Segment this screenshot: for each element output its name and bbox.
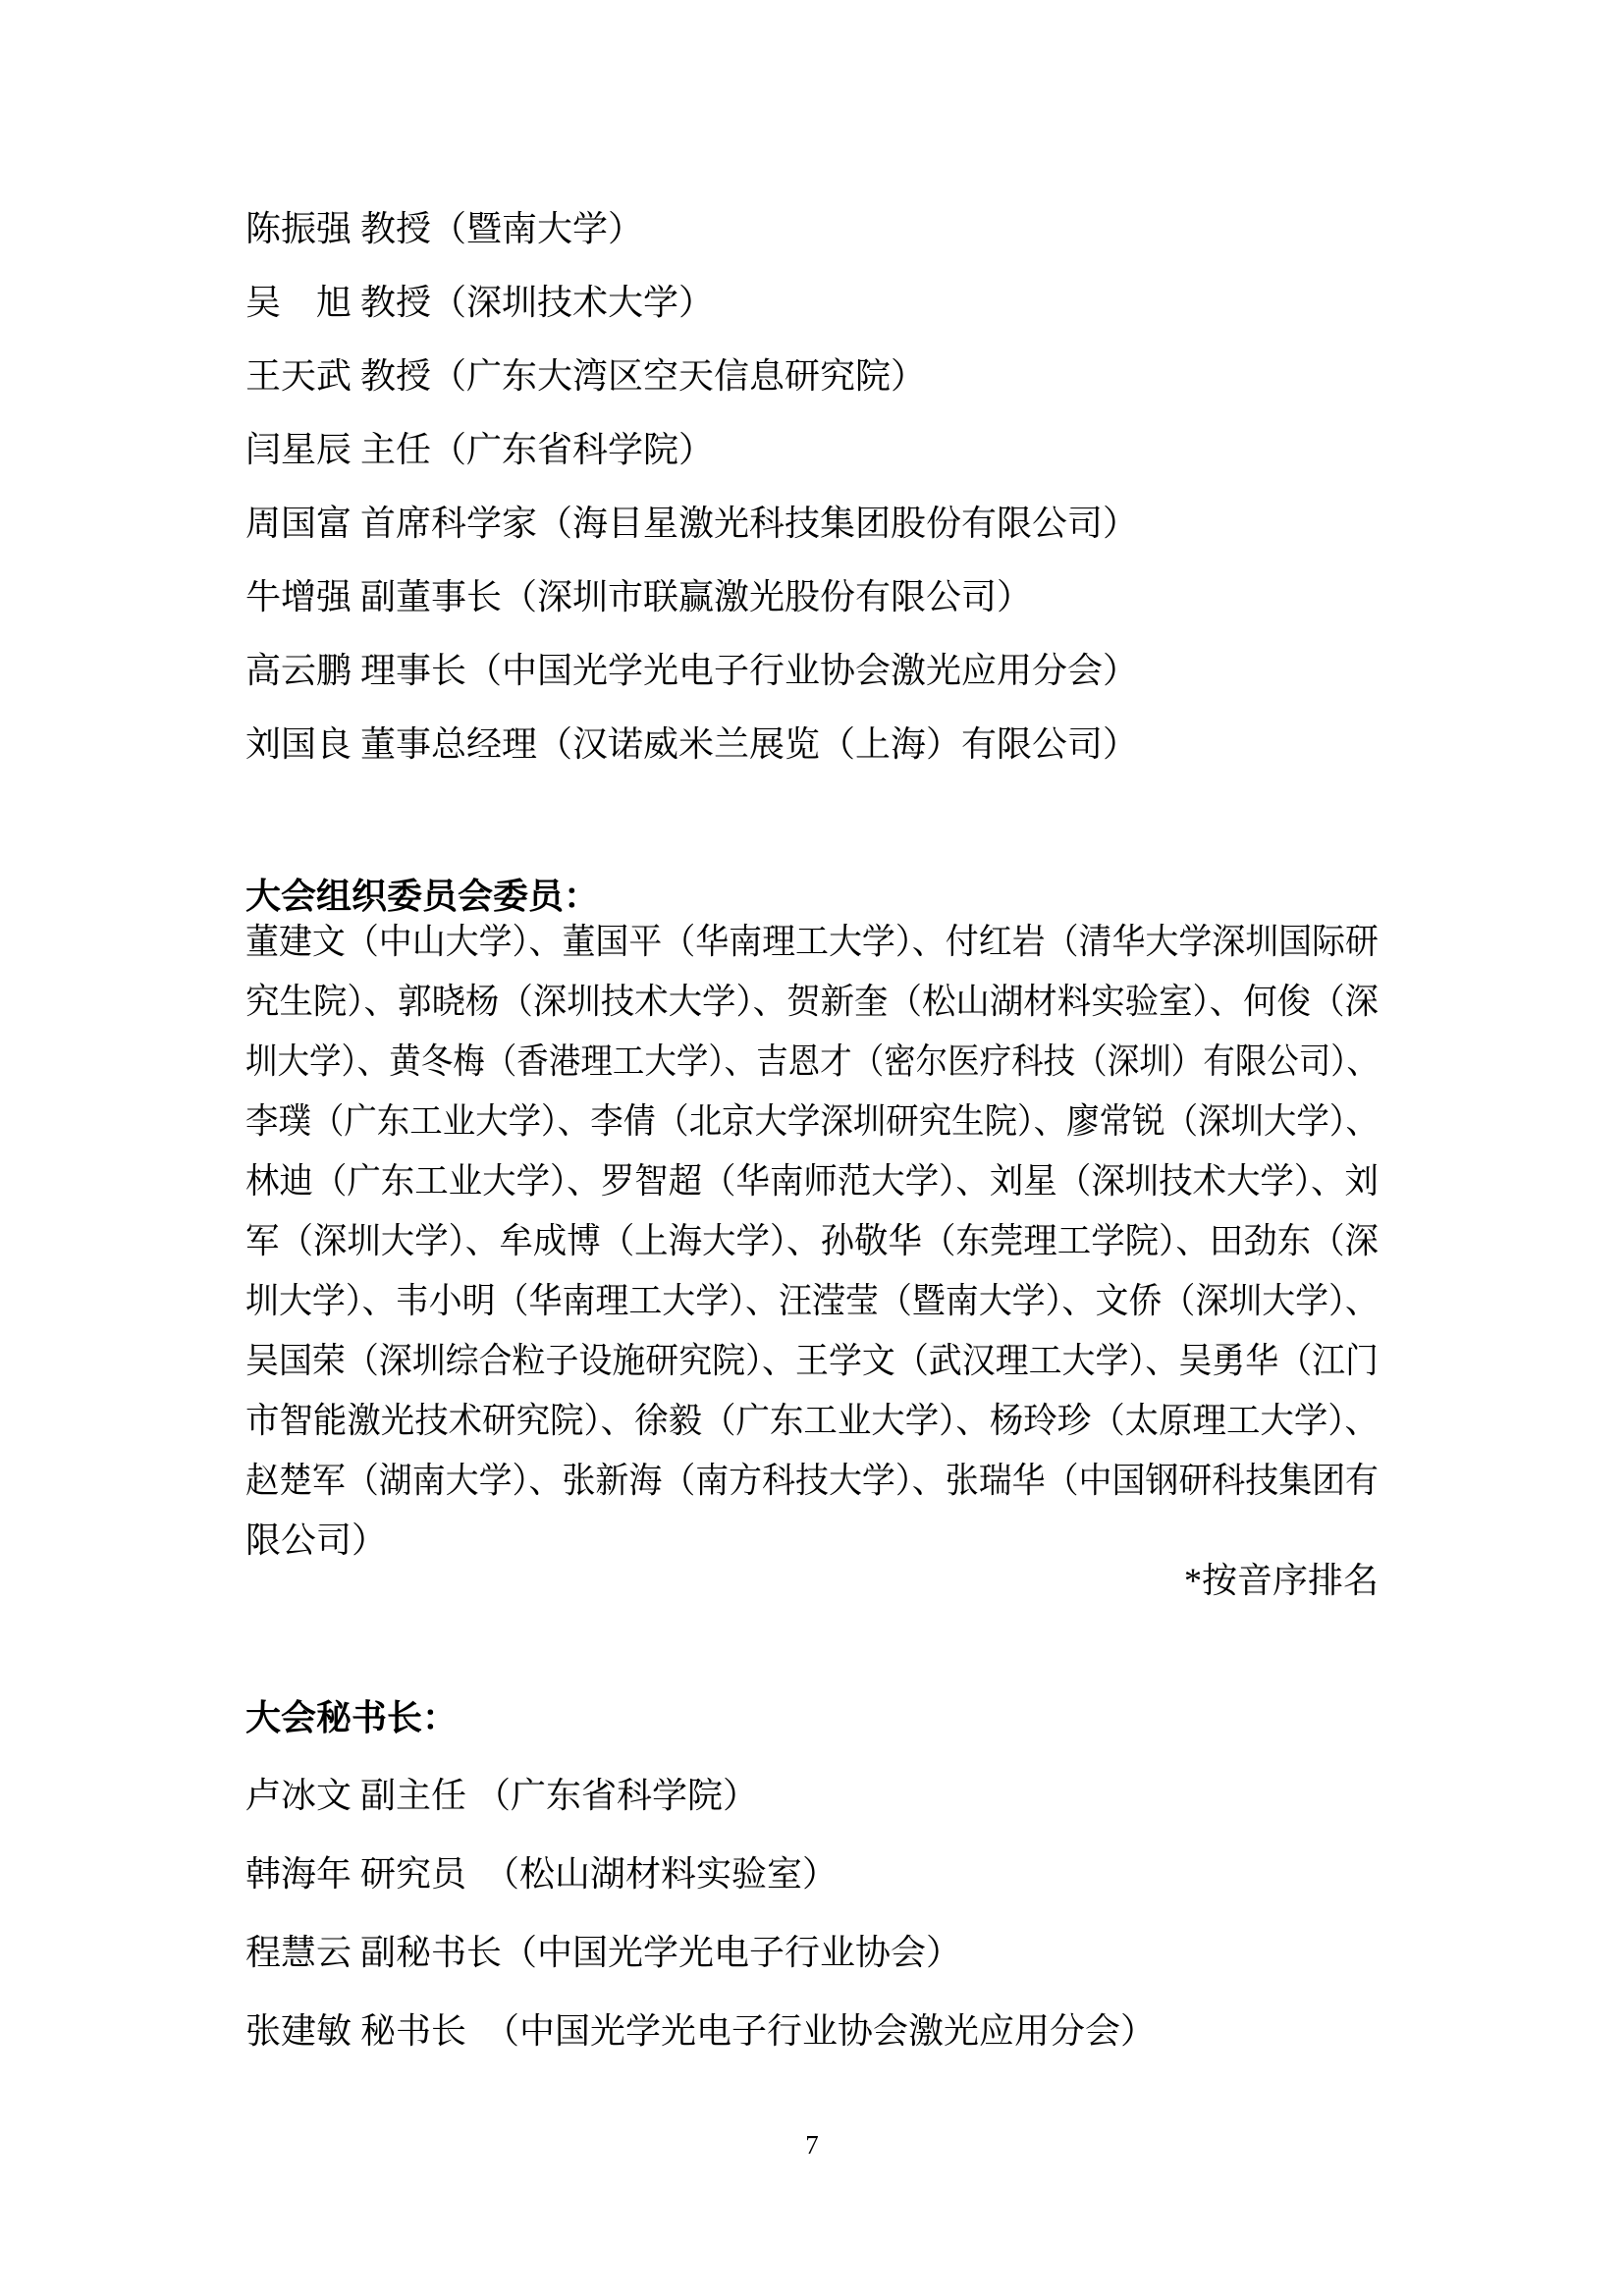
chairman-entry: 高云鹏 理事长（中国光学光电子行业协会激光应用分会） bbox=[245, 634, 1379, 708]
committee-member-line: 李璞（广东工业大学）、李倩（北京大学深圳研究生院）、廖常锐（深圳大学）、 bbox=[245, 1092, 1298, 1151]
chairman-list: 陈振强 教授（暨南大学）吴 旭 教授（深圳技术大学）王天武 教授（广东大湾区空天… bbox=[245, 192, 1379, 781]
organizing-committee-paragraph: 董建文（中山大学）、董国平（华南理工大学）、付红岩（清华大学深圳国际研究生院）、… bbox=[245, 912, 1379, 1571]
document-page: 陈振强 教授（暨南大学）吴 旭 教授（深圳技术大学）王天武 教授（广东大湾区空天… bbox=[0, 0, 1624, 2296]
committee-member-line: 圳大学）、黄冬梅（香港理工大学）、吉恩才（密尔医疗科技（深圳）有限公司）、 bbox=[245, 1032, 1269, 1092]
chairman-entry: 陈振强 教授（暨南大学） bbox=[245, 192, 1379, 266]
sort-note: *按音序排名 bbox=[245, 1561, 1379, 1600]
secretary-general-list: 卢冰文 副主任 （广东省科学院）韩海年 研究员 （松山湖材料实验室）程慧云 副秘… bbox=[245, 1756, 1379, 2070]
committee-member-line: 圳大学）、韦小明（华南理工大学）、汪滢莹（暨南大学）、文侨（深圳大学）、 bbox=[245, 1271, 1314, 1331]
organizing-committee-heading: 大会组织委员会委员： bbox=[245, 877, 1379, 916]
committee-member-line: 董建文（中山大学）、董国平（华南理工大学）、付红岩（清华大学深圳国际研 bbox=[245, 912, 1314, 972]
committee-member-line: 市智能激光技术研究院）、徐毅（广东工业大学）、杨玲珍（太原理工大学）、 bbox=[245, 1391, 1329, 1451]
committee-member-line: 林迪（广东工业大学）、罗智超（华南师范大学）、刘星（深圳技术大学）、刘 bbox=[245, 1151, 1329, 1211]
chairman-entry: 王天武 教授（广东大湾区空天信息研究院） bbox=[245, 340, 1379, 413]
secretary-entry: 卢冰文 副主任 （广东省科学院） bbox=[245, 1756, 1379, 1835]
chairman-entry: 闫星辰 主任（广东省科学院） bbox=[245, 413, 1379, 487]
chairman-entry: 周国富 首席科学家（海目星激光科技集团股份有限公司） bbox=[245, 487, 1379, 561]
secretary-entry: 张建敏 秘书长 （中国光学光电子行业协会激光应用分会） bbox=[245, 1992, 1379, 2070]
chairman-entry: 吴 旭 教授（深圳技术大学） bbox=[245, 266, 1379, 340]
chairman-entry: 牛增强 副董事长（深圳市联赢激光股份有限公司） bbox=[245, 561, 1379, 634]
committee-member-line: 究生院）、郭晓杨（深圳技术大学）、贺新奎（松山湖材料实验室）、何俊（深 bbox=[245, 972, 1329, 1032]
secretary-entry: 韩海年 研究员 （松山湖材料实验室） bbox=[245, 1835, 1379, 1913]
committee-member-line: 吴国荣（深圳综合粒子设施研究院）、王学文（武汉理工大学）、吴勇华（江门 bbox=[245, 1331, 1314, 1391]
secretary-general-heading: 大会秘书长： bbox=[245, 1698, 1379, 1737]
page-number: 7 bbox=[0, 2130, 1624, 2160]
committee-member-line: 赵楚军（湖南大学）、张新海（南方科技大学）、张瑞华（中国钢研科技集团有 bbox=[245, 1451, 1314, 1511]
committee-member-line: 军（深圳大学）、牟成博（上海大学）、孙敬华（东莞理工学院）、田劲东（深 bbox=[245, 1211, 1329, 1271]
chairman-entry: 刘国良 董事总经理（汉诺威米兰展览（上海）有限公司） bbox=[245, 708, 1379, 781]
secretary-entry: 程慧云 副秘书长（中国光学光电子行业协会） bbox=[245, 1913, 1379, 1992]
